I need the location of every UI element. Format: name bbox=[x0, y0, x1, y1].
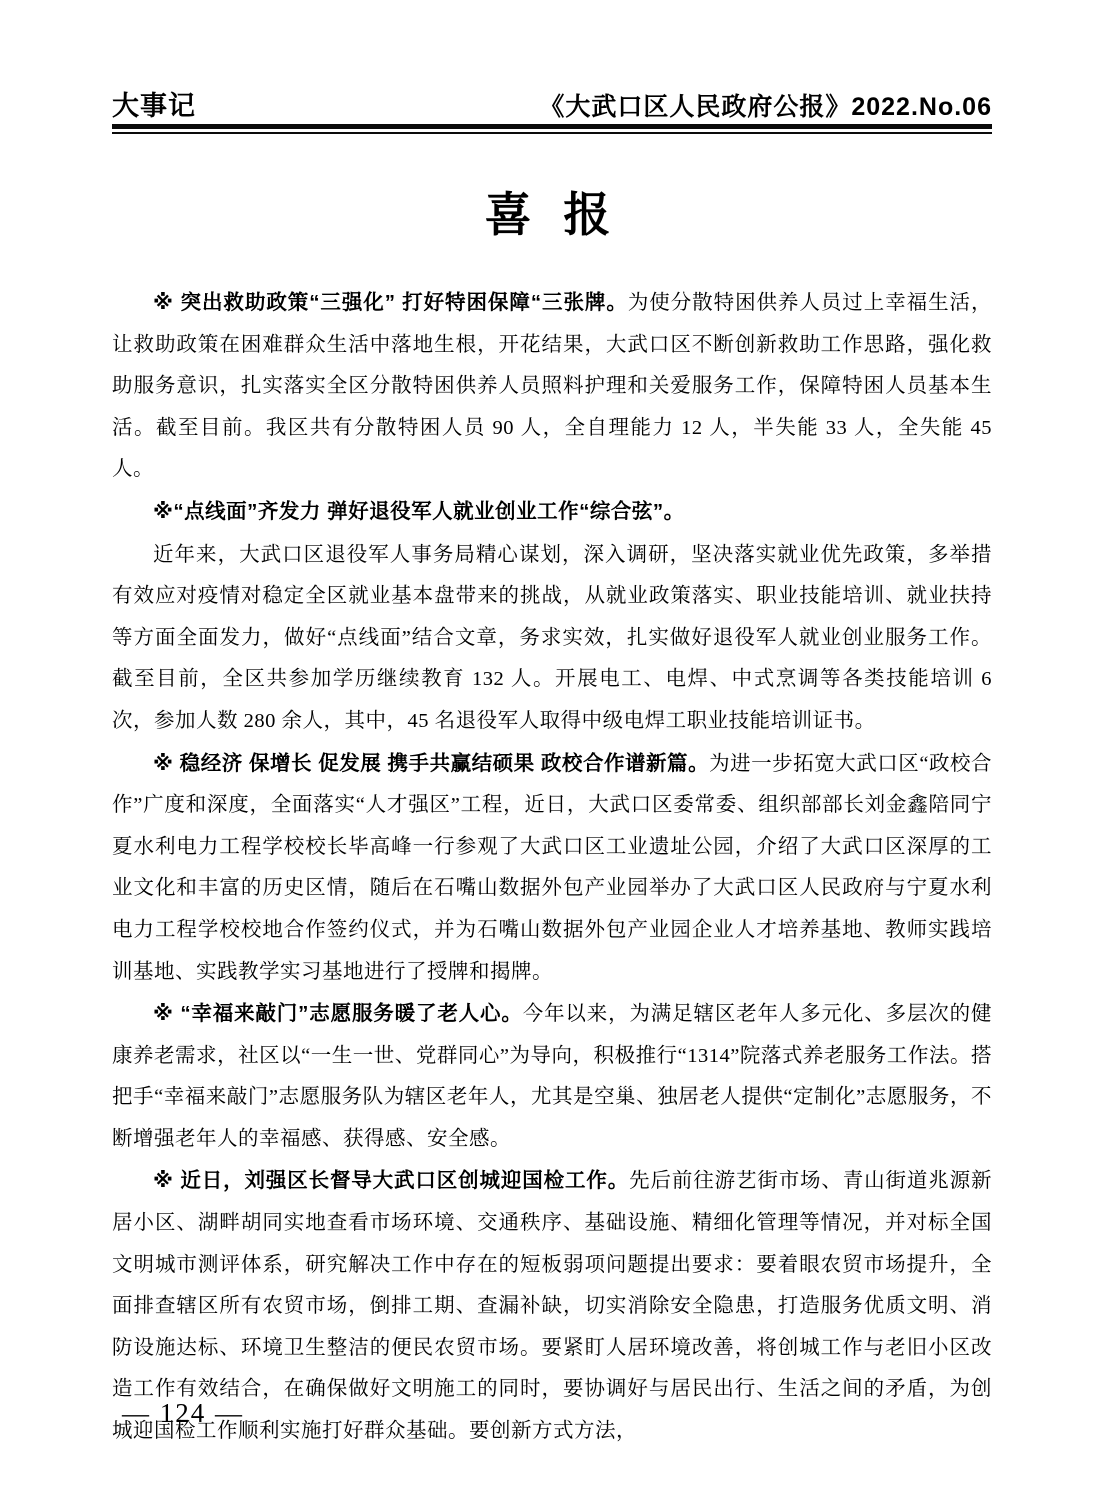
header-double-rule bbox=[112, 124, 992, 134]
paragraph-6-text: 先后前往游艺街市场、青山街道兆源新居小区、湖畔胡同实地查看市场环境、交通秩序、基… bbox=[112, 1170, 992, 1442]
paragraph-6-lead: ※ 近日，刘强区长督导大武口区创城迎国检工作。 bbox=[153, 1169, 629, 1192]
paragraph-5: ※ “幸福来敲门”志愿服务暖了老人心。今年以来，为满足辖区老年人多元化、多层次的… bbox=[112, 993, 992, 1160]
page-title: 喜 报 bbox=[0, 178, 1105, 245]
running-header: 大事记 《大武口区人民政府公报》2022.No.06 bbox=[112, 84, 992, 123]
bulletin-page: 大事记 《大武口区人民政府公报》2022.No.06 喜 报 ※ 突出救助政策“… bbox=[0, 0, 1105, 1489]
paragraph-4: ※ 稳经济 保增长 促发展 携手共赢结硕果 政校合作谱新篇。为进一步拓宽大武口区… bbox=[112, 743, 992, 994]
rule-thin-line bbox=[112, 132, 992, 134]
page-number: — 124 — bbox=[122, 1398, 244, 1428]
paragraph-1-text: 为使分散特困供养人员过上幸福生活，让救助政策在困难群众生活中落地生根，开花结果，… bbox=[112, 292, 992, 480]
paragraph-4-text: 为进一步拓宽大武口区“政校合作”广度和深度，全面落实“人才强区”工程，近日，大武… bbox=[112, 753, 992, 983]
paragraph-1-lead: ※ 突出救助政策“三强化” 打好特困保障“三张牌。 bbox=[153, 291, 628, 314]
paragraph-5-text: 今年以来，为满足辖区老年人多元化、多层次的健康养老需求，社区以“一生一世、党群同… bbox=[112, 1003, 992, 1150]
paragraph-3-text: 近年来，大武口区退役军人事务局精心谋划，深入调研，坚决落实就业优先政策，多举措有… bbox=[112, 544, 992, 732]
paragraph-6: ※ 近日，刘强区长督导大武口区创城迎国检工作。先后前往游艺街市场、青山街道兆源新… bbox=[112, 1160, 992, 1452]
paragraph-5-lead: ※ “幸福来敲门”志愿服务暖了老人心。 bbox=[153, 1002, 523, 1025]
header-section-label: 大事记 bbox=[112, 84, 196, 123]
paragraph-2-lead: ※“点线面”齐发力 弹好退役军人就业创业工作“综合弦”。 bbox=[153, 500, 685, 523]
page-footer: — 124 — bbox=[122, 1398, 244, 1429]
paragraph-1: ※ 突出救助政策“三强化” 打好特困保障“三张牌。为使分散特困供养人员过上幸福生… bbox=[112, 282, 992, 491]
article-body: ※ 突出救助政策“三强化” 打好特困保障“三张牌。为使分散特困供养人员过上幸福生… bbox=[112, 282, 992, 1453]
paragraph-4-lead: ※ 稳经济 保增长 促发展 携手共赢结硕果 政校合作谱新篇。 bbox=[153, 752, 709, 775]
paragraph-3: 近年来，大武口区退役军人事务局精心谋划，深入调研，坚决落实就业优先政策，多举措有… bbox=[112, 534, 992, 743]
paragraph-2: ※“点线面”齐发力 弹好退役军人就业创业工作“综合弦”。 bbox=[112, 491, 992, 534]
header-publication-label: 《大武口区人民政府公报》2022.No.06 bbox=[539, 87, 992, 123]
